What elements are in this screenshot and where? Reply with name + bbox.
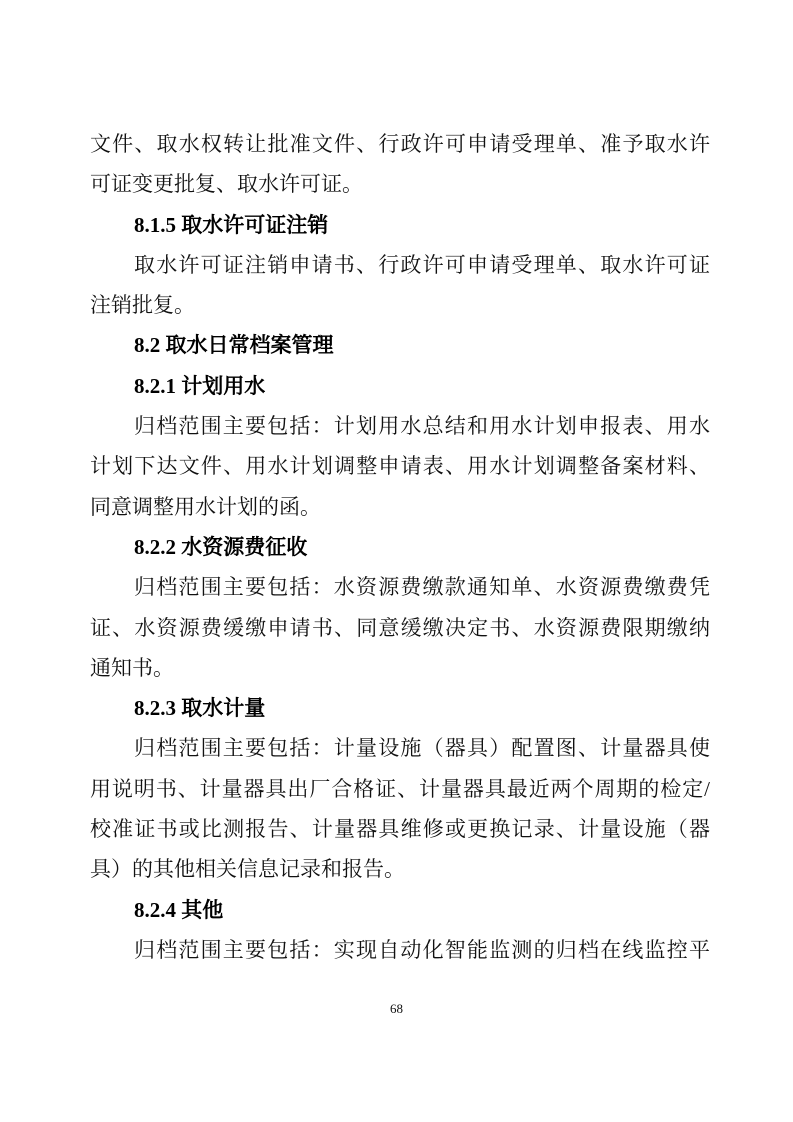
text-line: 取水许可证注销申请书、行政许可申请受理单、取水许可证 (90, 245, 710, 285)
text-line: 具）的其他相关信息记录和报告。 (90, 849, 710, 889)
section-heading: 8.2.2 水资源费征收 (90, 527, 710, 567)
text-line: 归档范围主要包括：水资源费缴款通知单、水资源费缴费凭 (90, 567, 710, 607)
text-line: 注销批复。 (90, 285, 710, 325)
text-line: 通知书。 (90, 648, 710, 688)
section-heading: 8.2.3 取水计量 (90, 688, 710, 728)
text-line: 证、水资源费缓缴申请书、同意缓缴决定书、水资源费限期缴纳 (90, 608, 710, 648)
text-line: 计划下达文件、用水计划调整申请表、用水计划调整备案材料、 (90, 446, 710, 486)
text-line: 同意调整用水计划的函。 (90, 487, 710, 527)
text-line: 归档范围主要包括：实现自动化智能监测的归档在线监控平 (90, 930, 710, 970)
text-line: 校准证书或比测报告、计量器具维修或更换记录、计量设施（器 (90, 809, 710, 849)
text-line: 归档范围主要包括：计划用水总结和用水计划申报表、用水 (90, 406, 710, 446)
text-line: 文件、取水权转让批准文件、行政许可申请受理单、准予取水许 (90, 124, 710, 164)
section-heading: 8.1.5 取水许可证注销 (90, 205, 710, 245)
document-lines: 文件、取水权转让批准文件、行政许可申请受理单、准予取水许可证变更批复、取水许可证… (90, 124, 710, 970)
section-heading: 8.2.1 计划用水 (90, 366, 710, 406)
page-number: 68 (0, 1001, 793, 1017)
text-line: 归档范围主要包括：计量设施（器具）配置图、计量器具使 (90, 728, 710, 768)
section-heading: 8.2.4 其他 (90, 890, 710, 930)
section-heading: 8.2 取水日常档案管理 (90, 325, 710, 365)
text-line: 可证变更批复、取水许可证。 (90, 164, 710, 204)
document-page: 文件、取水权转让批准文件、行政许可申请受理单、准予取水许可证变更批复、取水许可证… (0, 0, 793, 1122)
text-line: 用说明书、计量器具出厂合格证、计量器具最近两个周期的检定/ (90, 769, 710, 809)
